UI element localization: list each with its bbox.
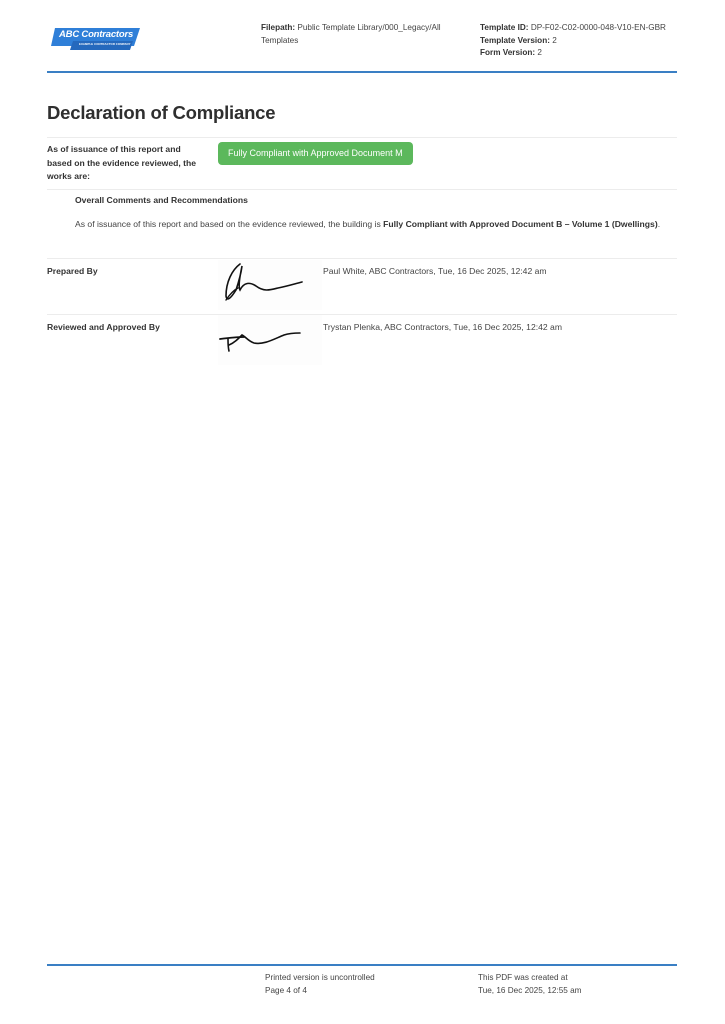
footer-uncontrolled-note: Printed version is uncontrolled — [265, 972, 375, 985]
works-status-label: As of issuance of this report and based … — [47, 143, 207, 184]
comments-body-bold: Fully Compliant with Approved Document B… — [383, 219, 658, 229]
report-page: ABC Contractors EXAMPLE CONTRACTOR COMPA… — [0, 0, 725, 1024]
reviewed-by-detail: Trystan Plenka, ABC Contractors, Tue, 16… — [323, 322, 562, 332]
comments-body-suffix: . — [658, 219, 660, 229]
company-logo: ABC Contractors EXAMPLE CONTRACTOR COMPA… — [49, 27, 139, 50]
prepared-by-label: Prepared By — [47, 266, 98, 276]
signature-trystan-plenka-icon — [218, 315, 322, 365]
comments-body: As of issuance of this report and based … — [75, 217, 675, 232]
comments-body-prefix: As of issuance of this report and based … — [75, 219, 383, 229]
form-version-label: Form Version: — [480, 48, 535, 57]
filepath-label: Filepath: — [261, 23, 295, 32]
page-title: Declaration of Compliance — [47, 102, 275, 124]
row-divider — [47, 258, 677, 259]
logo-subtitle: EXAMPLE CONTRACTOR COMPANY — [79, 42, 131, 46]
row-divider — [47, 137, 677, 138]
footer-page-number: Page 4 of 4 — [265, 985, 375, 998]
form-version-value: 2 — [537, 48, 542, 57]
prepared-by-detail: Paul White, ABC Contractors, Tue, 16 Dec… — [323, 266, 547, 276]
logo-title: ABC Contractors — [59, 29, 133, 40]
form-version: Form Version: 2 — [480, 47, 680, 60]
footer-created-info: This PDF was created at Tue, 16 Dec 2025… — [478, 972, 581, 997]
template-version-label: Template Version: — [480, 36, 550, 45]
page-header: ABC Contractors EXAMPLE CONTRACTOR COMPA… — [47, 18, 677, 72]
comments-heading: Overall Comments and Recommendations — [75, 195, 248, 205]
template-id: Template ID: DP-F02-C02-0000-048-V10-EN-… — [480, 22, 680, 35]
reviewed-by-label: Reviewed and Approved By — [47, 322, 160, 332]
row-divider — [47, 189, 677, 190]
template-version-value: 2 — [552, 36, 557, 45]
template-id-label: Template ID: — [480, 23, 529, 32]
template-version: Template Version: 2 — [480, 35, 680, 48]
footer-created-timestamp: Tue, 16 Dec 2025, 12:55 am — [478, 985, 581, 998]
template-meta: Template ID: DP-F02-C02-0000-048-V10-EN-… — [480, 22, 680, 60]
footer-print-info: Printed version is uncontrolled Page 4 o… — [265, 972, 375, 997]
row-divider — [47, 314, 677, 315]
filepath-meta: Filepath: Public Template Library/000_Le… — [261, 22, 461, 47]
signature-paul-white-icon — [218, 260, 322, 310]
compliance-status-badge: Fully Compliant with Approved Document M — [218, 142, 413, 165]
footer-created-label: This PDF was created at — [478, 972, 581, 985]
template-id-value: DP-F02-C02-0000-048-V10-EN-GBR — [531, 23, 666, 32]
footer-divider — [47, 964, 677, 966]
header-divider — [47, 71, 677, 73]
